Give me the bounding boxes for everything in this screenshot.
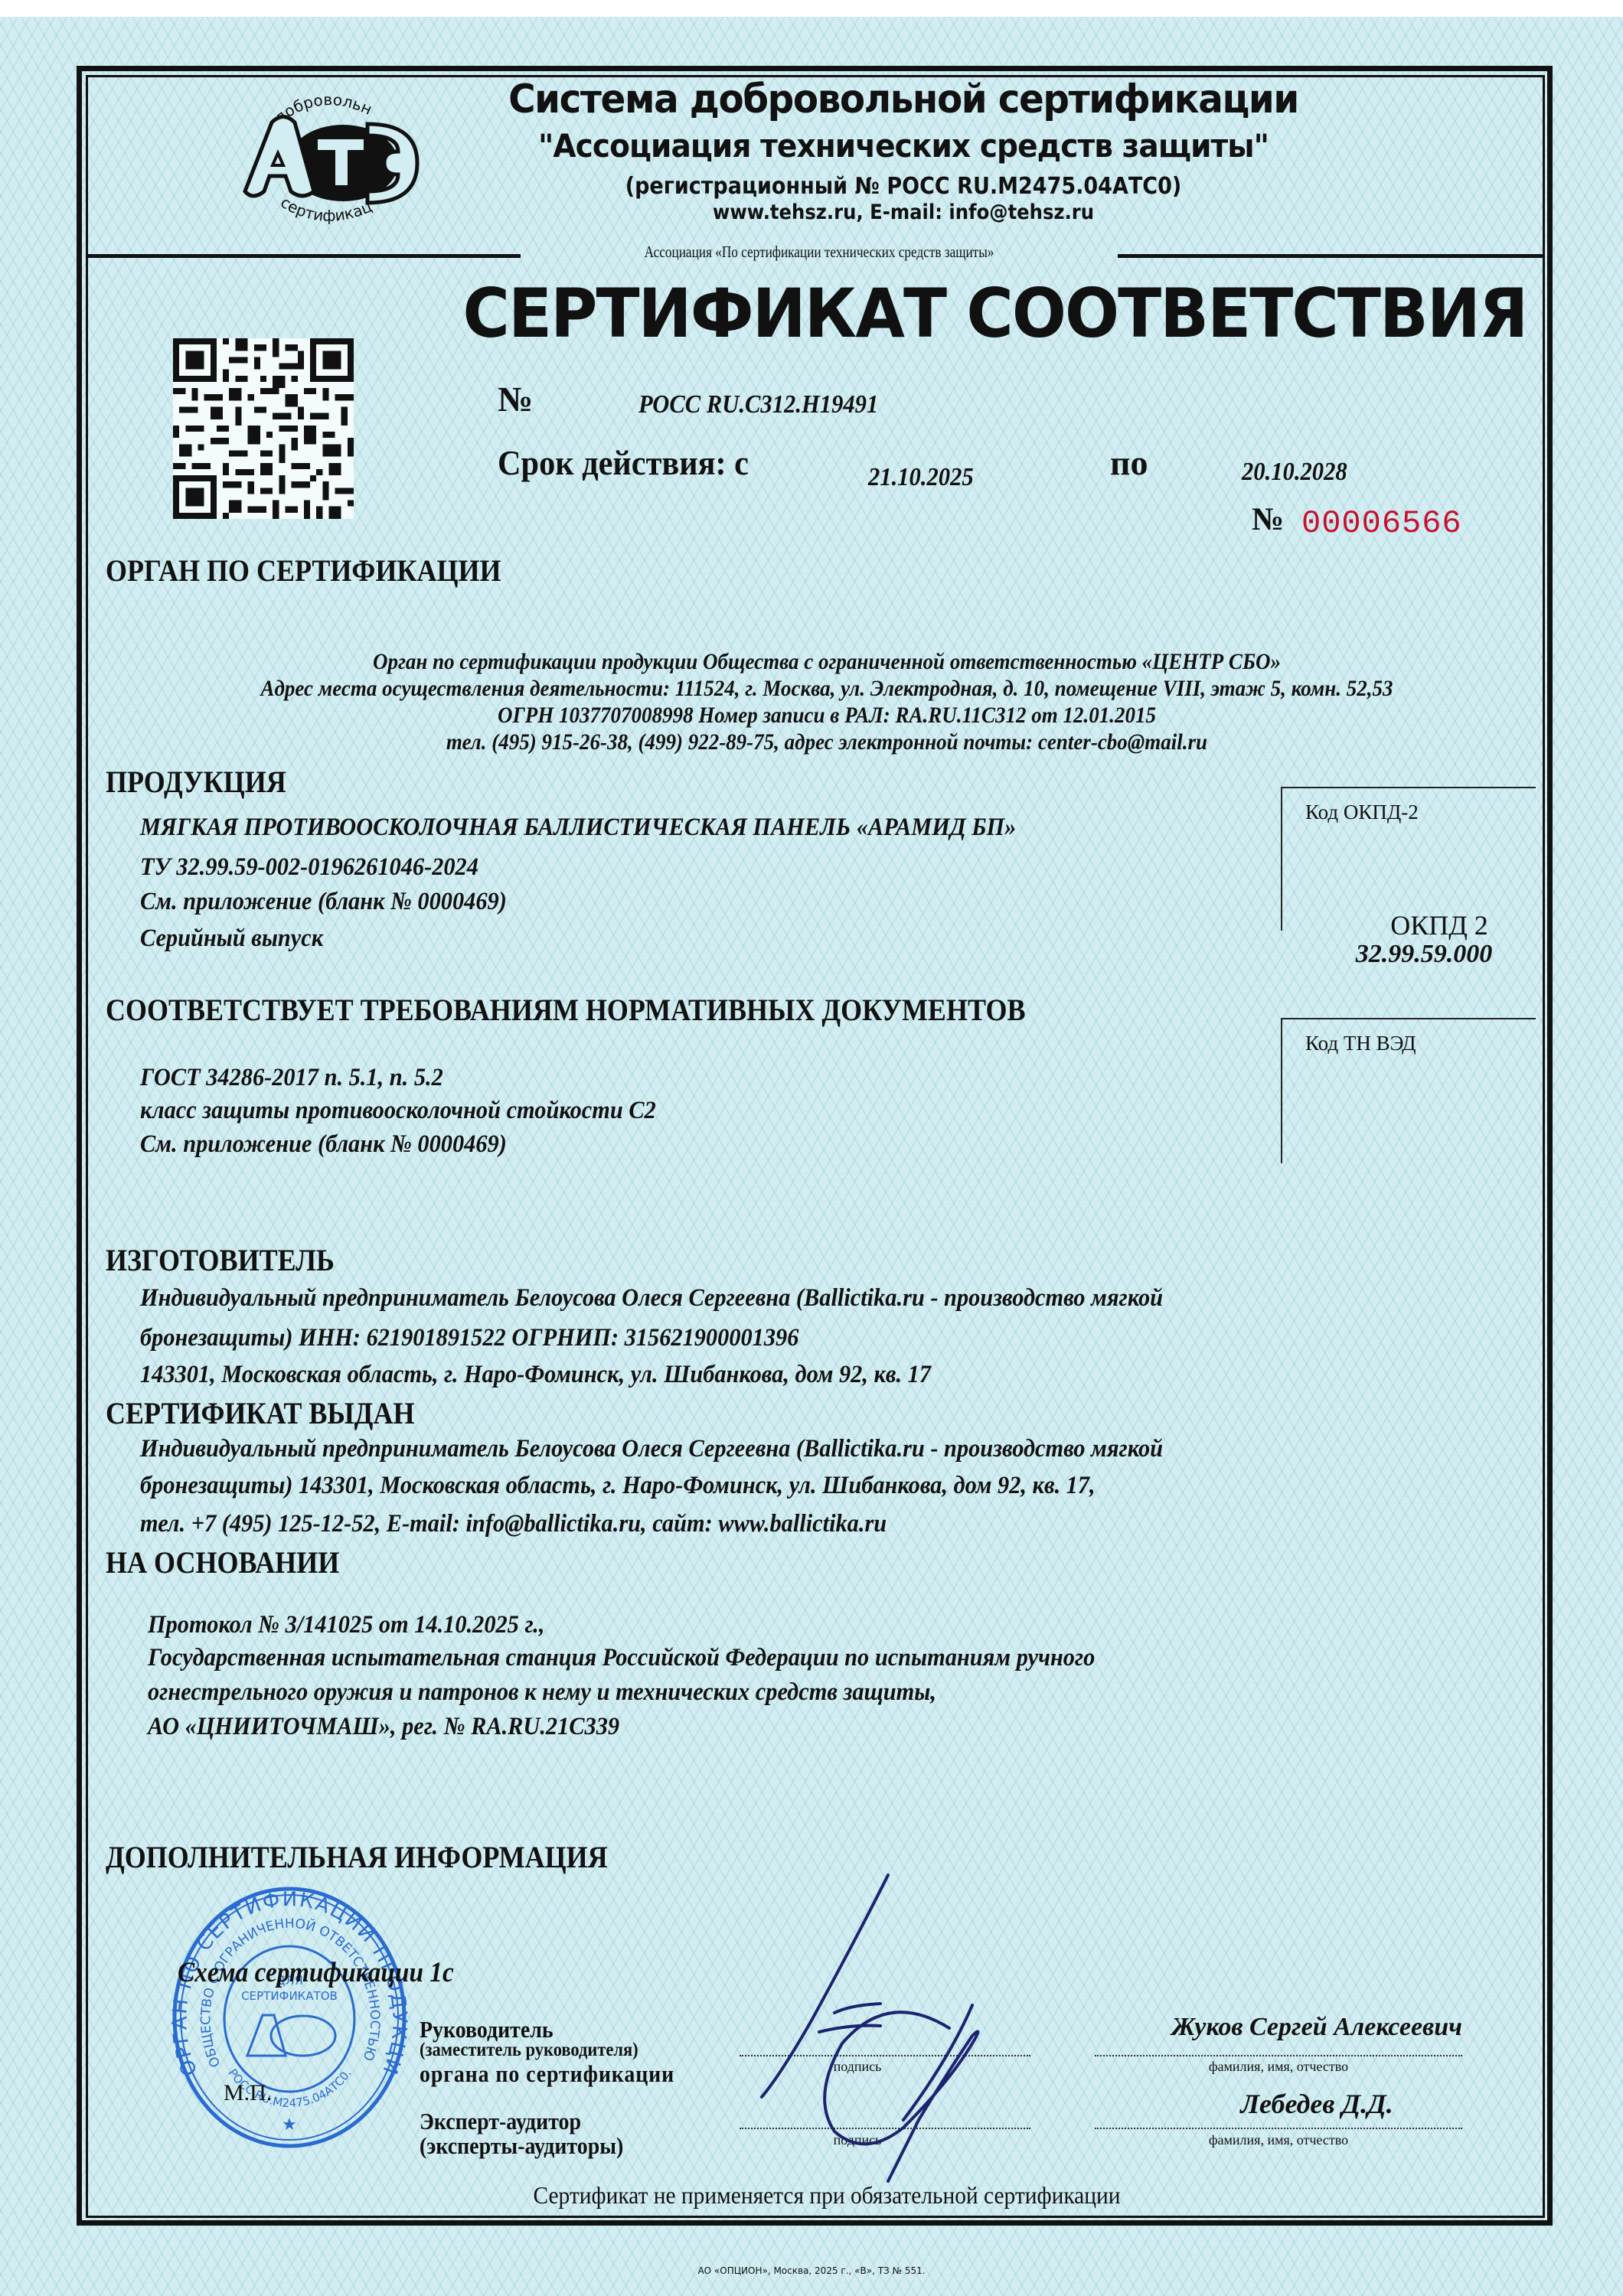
tnved-code-box: Код ТН ВЭД (1281, 1018, 1536, 1163)
certification-body-line: тел. (495) 915-26-38, (499) 922-89-75, а… (186, 729, 1468, 755)
validity-label: Срок действия: с (498, 442, 749, 483)
section-heading-product: ПРОДУКЦИЯ (106, 764, 286, 800)
expert-name-caption: фамилия, имя, отчество (1095, 2132, 1462, 2148)
head-name-line (1095, 2055, 1462, 2056)
head-name-caption: фамилия, имя, отчество (1095, 2059, 1462, 2075)
certification-body-line: ОГРН 1037707008998 Номер записи в РАЛ: R… (186, 703, 1468, 729)
basis-line: Государственная испытательная станция Ро… (148, 1644, 1095, 1672)
section-heading-certification-body: ОРГАН ПО СЕРТИФИКАЦИИ (106, 553, 501, 589)
product-spec: ТУ 32.99.59-002-0196261046-2024 (140, 853, 478, 882)
valid-to-date: 20.10.2028 (1242, 458, 1347, 487)
manufacturer-line: Индивидуальный предприниматель Белоусова… (140, 1284, 1163, 1313)
seal-place-label: М.П. (224, 2080, 272, 2106)
qr-code-icon (173, 337, 354, 520)
number-label: № (498, 379, 533, 419)
standard-reference: ГОСТ 34286-2017 п. 5.1, п. 5.2 (140, 1064, 443, 1092)
okpd-code-label: Код ОКПД-2 (1305, 801, 1419, 824)
association-caption: Ассоциация «По сертификации технических … (587, 243, 1052, 262)
head-full-name: Жуков Сергей Алексеевич (1095, 2013, 1462, 2042)
issued-to-line: Индивидуальный предприниматель Белоусова… (140, 1435, 1163, 1463)
certification-scheme: Схема сертификации 1с (178, 1956, 454, 1989)
seal-stamp-icon: ОРГАН ПО СЕРТИФИКАЦИИ ПРОДУКЦИИ ОБЩЕСТВО… (167, 1874, 412, 2157)
basis-line: АО «ЦНИИТОЧМАШ», рег. № RA.RU.21С339 (148, 1713, 619, 1741)
protection-class: класс защиты противоосколочной стойкости… (140, 1097, 656, 1125)
certification-body-line: Орган по сертификации продукции Общества… (186, 649, 1468, 675)
head-role-deputy: (заместитель руководителя) (420, 2040, 638, 2061)
certificate-number: РОСС RU.С312.Н19491 (638, 390, 878, 419)
section-heading-issued-to: СЕРТИФИКАТ ВЫДАН (106, 1395, 414, 1431)
association-name: "Ассоциация технических средств защиты" (462, 127, 1344, 165)
conformity-appendix: См. приложение (бланк № 0000469) (140, 1130, 507, 1159)
issued-to-line: тел. +7 (495) 125-12-52, E-mail: info@ba… (140, 1510, 887, 1538)
manufacturer-line: бронезащиты) ИНН: 621901891522 ОГРНИП: 3… (140, 1324, 798, 1352)
basis-line: Протокол № 3/141025 от 14.10.2025 г., (148, 1611, 544, 1639)
section-heading-conformity: СООТВЕТСТВУЕТ ТРЕБОВАНИЯМ НОРМАТИВНЫХ ДО… (106, 992, 1026, 1028)
valid-from-date: 21.10.2025 (868, 463, 974, 492)
issued-to-line: бронезащиты) 143301, Московская область,… (140, 1472, 1096, 1500)
head-role-title: Руководитель (420, 2018, 554, 2041)
okpd-title: ОКПД 2 (1347, 909, 1531, 941)
product-production-type: Серийный выпуск (140, 925, 323, 953)
section-heading-manufacturer: ИЗГОТОВИТЕЛЬ (106, 1242, 335, 1278)
expert-role-title: Эксперт-аудитор (420, 2110, 581, 2133)
product-name: МЯГКАЯ ПРОТИВООСКОЛОЧНАЯ БАЛЛИСТИЧЕСКАЯ … (140, 814, 1016, 842)
header-divider-right (1118, 254, 1543, 258)
svg-text:СЕРТИФИКАТОВ: СЕРТИФИКАТОВ (241, 1989, 338, 2003)
handwritten-signature-icon (720, 1867, 1056, 2189)
section-heading-additional-info: ДОПОЛНИТЕЛЬНАЯ ИНФОРМАЦИЯ (106, 1839, 608, 1875)
contact-line: www.tehsz.ru, E-mail: info@tehsz.ru (476, 201, 1331, 224)
to-label: по (1110, 442, 1148, 483)
svg-text:★: ★ (282, 2115, 297, 2134)
footer-note: Сертификат не применяется при обязательн… (171, 2181, 1481, 2210)
product-appendix: См. приложение (бланк № 0000469) (140, 888, 507, 916)
blank-serial-number: 00006566 (1301, 505, 1462, 542)
expert-role-plural: (эксперты-аудиторы) (420, 2135, 623, 2157)
okpd-code-value: 32.99.59.000 (1332, 940, 1516, 969)
certificate-title: СЕРТИФИКАТ СООТВЕТСТВИЯ (463, 274, 1467, 353)
certification-body-line: Адрес места осуществления деятельности: … (186, 676, 1468, 702)
printer-imprint: АО «ОПЦИОН», Москва, 2025 г., «В», ТЗ № … (536, 2265, 1087, 2276)
section-heading-basis: НА ОСНОВАНИИ (106, 1544, 339, 1580)
basis-line: огнестрельного оружия и патронов к нему … (148, 1678, 936, 1707)
tnved-code-label: Код ТН ВЭД (1305, 1032, 1416, 1055)
manufacturer-line: 143301, Московская область, г. Наро-Фоми… (140, 1361, 931, 1389)
header-divider-left (88, 254, 521, 258)
registration-number: (регистрационный № РОСС RU.M2475.04АТС0) (476, 173, 1331, 200)
ats-logo-icon: добровольная сертификация (207, 77, 436, 230)
expert-full-name: Лебедев Д.Д. (1225, 2088, 1409, 2120)
blank-number-label: № (1252, 501, 1284, 538)
scan-top-margin (0, 0, 1623, 17)
expert-name-line (1095, 2128, 1462, 2129)
head-role-body: органа по сертификации (420, 2063, 674, 2086)
system-title: Система добровольной сертификации (462, 77, 1344, 122)
